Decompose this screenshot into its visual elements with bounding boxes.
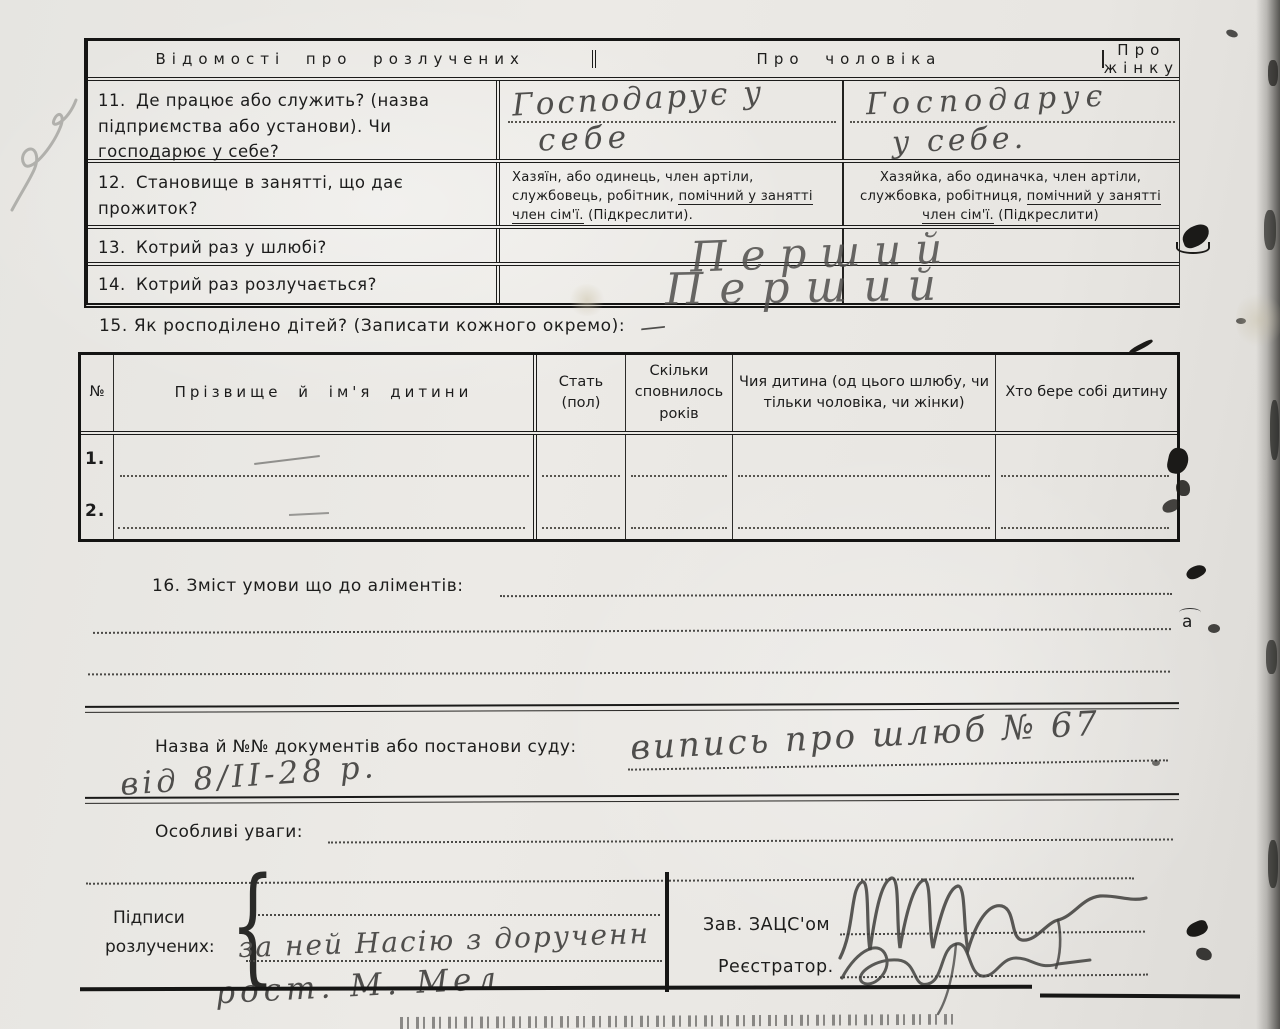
paper-stain-2: [1236, 290, 1280, 350]
scanned-divorce-record-form: Відомості про розлучених Про чоловіка Пр…: [0, 0, 1280, 1029]
item-15-label: 15. Як росподілено дітей? (Записати кожн…: [99, 316, 625, 336]
col-header-child-name: Прізвище й ім'я дитини: [114, 355, 537, 431]
row-12-wife-options: Хазяйка, або одиначка, член артіли, служ…: [844, 163, 1179, 225]
item-15-answer-mark: —: [639, 311, 670, 344]
documents-handwriting-line1: випись про шлюб № 67: [629, 704, 1101, 769]
signatures-write-line-1: [258, 914, 660, 916]
row-13: 13.Котрий раз у шлюбі?: [88, 229, 1179, 265]
row-13-number: 13.: [98, 235, 136, 261]
page-marker-arc: [1179, 608, 1201, 617]
row-11-wife-answer-line2: у себе.: [891, 121, 1027, 161]
registrar-label: Реєстратор.: [718, 957, 834, 977]
stain-3: [1176, 480, 1190, 496]
child-row-1-number: 1.: [85, 449, 105, 469]
row-14-number: 14.: [98, 272, 136, 298]
signatures-vertical-divider: [665, 872, 669, 992]
stain-1-tail: [1176, 242, 1210, 254]
signatures-brace: {: [230, 862, 275, 990]
zags-head-label: Зав. ЗАЦС'ом: [703, 915, 830, 935]
row-12-number: 12.: [98, 170, 136, 196]
signatures-label-line2: розлучених:: [105, 937, 215, 957]
col-header-whose-child: Чия дитина (од цього шлюбу, чи тільки чо…: [733, 355, 996, 431]
registrar-signature: [828, 918, 1108, 1018]
col-header-who-takes: Хто бере собі дитину: [996, 355, 1177, 431]
item-16-write-line-1: [500, 593, 1172, 597]
stain-7: [1184, 918, 1210, 940]
row-11-number: 11.: [98, 88, 136, 114]
stain-5: [1184, 562, 1207, 582]
item-16-write-line-2: [93, 628, 1171, 634]
stain-8: [1195, 946, 1213, 962]
col-header-number: №: [81, 355, 114, 431]
row-12: 12.Становище в занятті, що дає прожиток?…: [88, 163, 1179, 229]
remarks-write-line-1: [328, 839, 1173, 844]
row-14-answer-handwriting: Перший: [665, 260, 953, 316]
children-table-body: 1. 2.: [81, 435, 1177, 539]
signatures-label-line1: Підписи: [113, 908, 185, 928]
table-header-row: Відомості про розлучених Про чоловіка Пр…: [88, 41, 1179, 81]
header-divorcees-info: Відомості про розлучених: [88, 50, 596, 68]
signatures-handwriting-line1: за ней Насію з дорученн: [238, 917, 651, 964]
item-16-write-line-3: [88, 671, 1170, 676]
row-11-husband-answer-line2: себе: [537, 120, 631, 159]
section-divider-rule-2: [85, 793, 1179, 804]
row-12-question: 12.Становище в занятті, що дає прожиток?: [88, 163, 496, 221]
pencil-scribble-top-left: [0, 70, 90, 230]
row-11: 11.Де працює або служить? (назва підприє…: [88, 81, 1179, 163]
row-13-question: 13.Котрий раз у шлюбі?: [88, 229, 496, 261]
child-row-2-number: 2.: [85, 501, 105, 521]
item-16-label: 16. Зміст умови що до аліментів:: [152, 576, 463, 596]
children-table: № Прізвище й ім'я дитини Стать (пол) Скі…: [78, 352, 1180, 542]
row-11-wife-answer-line1: Господарує: [865, 79, 1108, 122]
stain-11: [1152, 760, 1160, 766]
pencil-dash-row-1: [254, 455, 320, 465]
header-about-wife: Про жінку: [1104, 41, 1179, 77]
col-header-age: Скільки сповнилось років: [626, 355, 733, 431]
pencil-dash-row-2: [289, 512, 329, 516]
row-14: 14.Котрий раз розлучається?: [88, 266, 1179, 303]
remarks-label: Особливі уваги:: [155, 822, 303, 842]
documents-handwriting-line2: від 8/ІІ-28 р.: [119, 749, 378, 803]
row-11-question: 11.Де працює або служить? (назва підприє…: [88, 81, 496, 165]
col-header-sex: Стать (пол): [537, 355, 626, 431]
row-14-question: 14.Котрий раз розлучається?: [88, 266, 496, 298]
row-11-husband-answer-line1: Господарує у: [511, 75, 765, 124]
divorcees-info-table: Відомості про розлучених Про чоловіка Пр…: [84, 38, 1180, 308]
paper-stain-1: [568, 284, 606, 316]
cutoff-bottom-text: [400, 1014, 960, 1029]
stain-6: [1208, 624, 1220, 633]
children-table-header: № Прізвище й ім'я дитини Стать (пол) Скі…: [81, 355, 1177, 435]
row-12-husband-options: Хазяїн, або одинець, член артіли, службо…: [500, 163, 842, 225]
stain-10: [1225, 28, 1239, 39]
header-about-husband: Про чоловіка: [596, 50, 1103, 68]
